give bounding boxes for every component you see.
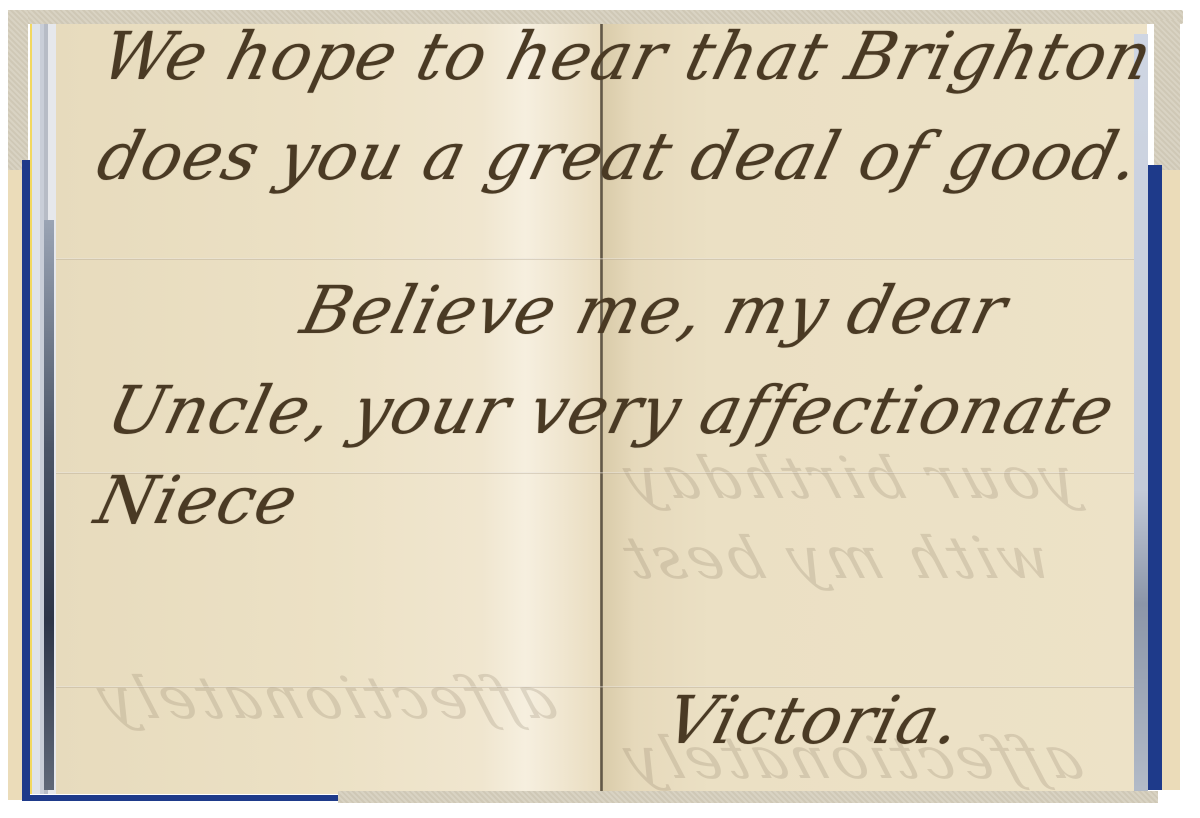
letter-line-2: does you a great deal of good.	[90, 118, 1148, 195]
letter-signature: Victoria.	[658, 682, 970, 759]
paper-fold-line	[56, 686, 1146, 688]
right-cover-board	[1162, 170, 1180, 790]
paper-fold-line	[56, 258, 1146, 260]
book-cloth-bottom-edge	[338, 791, 1158, 803]
bleed-through-text: with my best	[611, 524, 1059, 592]
letter-line-5: Niece	[88, 462, 306, 539]
left-cover-cloth	[8, 10, 28, 170]
open-book: affectionately your birthday with my bes…	[8, 10, 1188, 805]
bleed-through-text: your birthday	[611, 444, 1085, 512]
left-cover-blue-bottom-edge	[22, 795, 342, 801]
right-cover-blue-edge	[1148, 165, 1162, 790]
letter-line-3: Believe me, my dear	[294, 272, 1015, 349]
left-underlying-photo-strip	[44, 220, 54, 790]
left-cover-blue-edge	[22, 160, 30, 800]
bleed-through-text: affectionately	[85, 664, 565, 732]
right-cover-cloth	[1154, 20, 1180, 170]
left-cover-board	[8, 170, 22, 800]
letter-line-4: Uncle, your very affectionate	[100, 372, 1123, 449]
letter-line-1: We hope to hear that Brighton	[94, 18, 1160, 95]
